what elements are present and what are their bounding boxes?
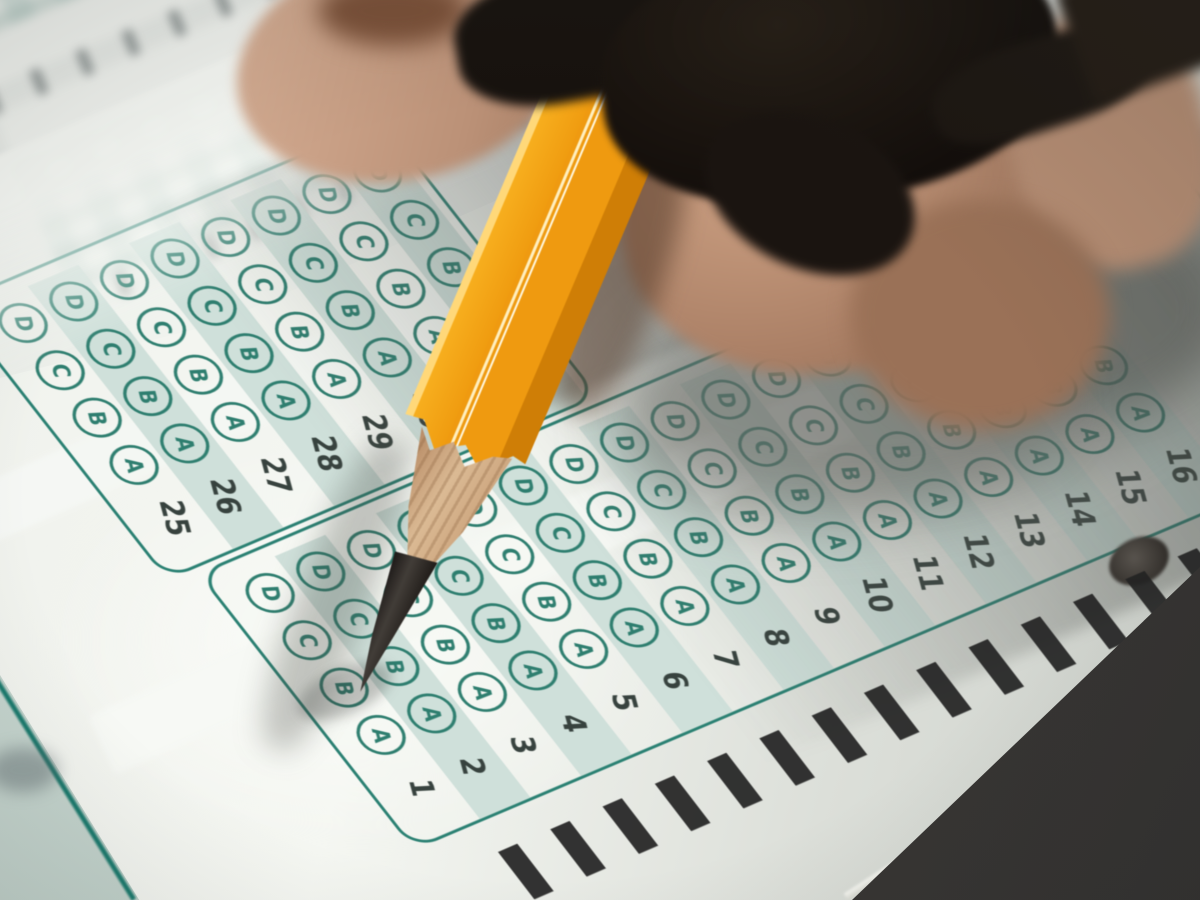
bubble-letter: A: [620, 620, 647, 636]
photo-scene: DCBA25DCBA26DCBA27DCBA28DCBA29DCBA30DCBA…: [0, 0, 1200, 900]
question-number: 27: [255, 456, 297, 494]
question-number: 26: [205, 477, 247, 515]
bubble-letter: C: [546, 525, 573, 540]
question-number: 25: [154, 499, 196, 537]
bubble-letter: A: [468, 684, 495, 700]
bubble-letter: A: [570, 641, 597, 657]
question-number: 3: [505, 735, 542, 755]
bubble-letter: B: [533, 594, 560, 610]
bubble-letter: A: [171, 436, 198, 452]
question-number: 5: [606, 692, 643, 712]
bubble-letter: B: [134, 388, 161, 404]
bubble-letter: D: [256, 585, 283, 602]
bubble-letter: B: [83, 410, 110, 426]
bubble-letter: A: [120, 457, 147, 473]
question-number: 6: [657, 670, 694, 690]
bubble-letter: C: [97, 341, 124, 356]
bubble-letter: C: [46, 363, 73, 378]
bubble-letter: A: [221, 414, 248, 430]
question-number: 1: [403, 778, 440, 798]
bubble-letter: A: [519, 663, 546, 679]
bubble-letter: B: [482, 616, 509, 632]
question-number: 4: [555, 713, 592, 733]
bubble-letter: B: [185, 367, 212, 383]
bubble-letter: C: [148, 320, 175, 335]
bubble-letter: A: [367, 727, 394, 743]
bubble-letter: B: [583, 573, 610, 589]
pencil-graphite-tip: [334, 544, 441, 704]
question-number: 2: [454, 756, 491, 776]
